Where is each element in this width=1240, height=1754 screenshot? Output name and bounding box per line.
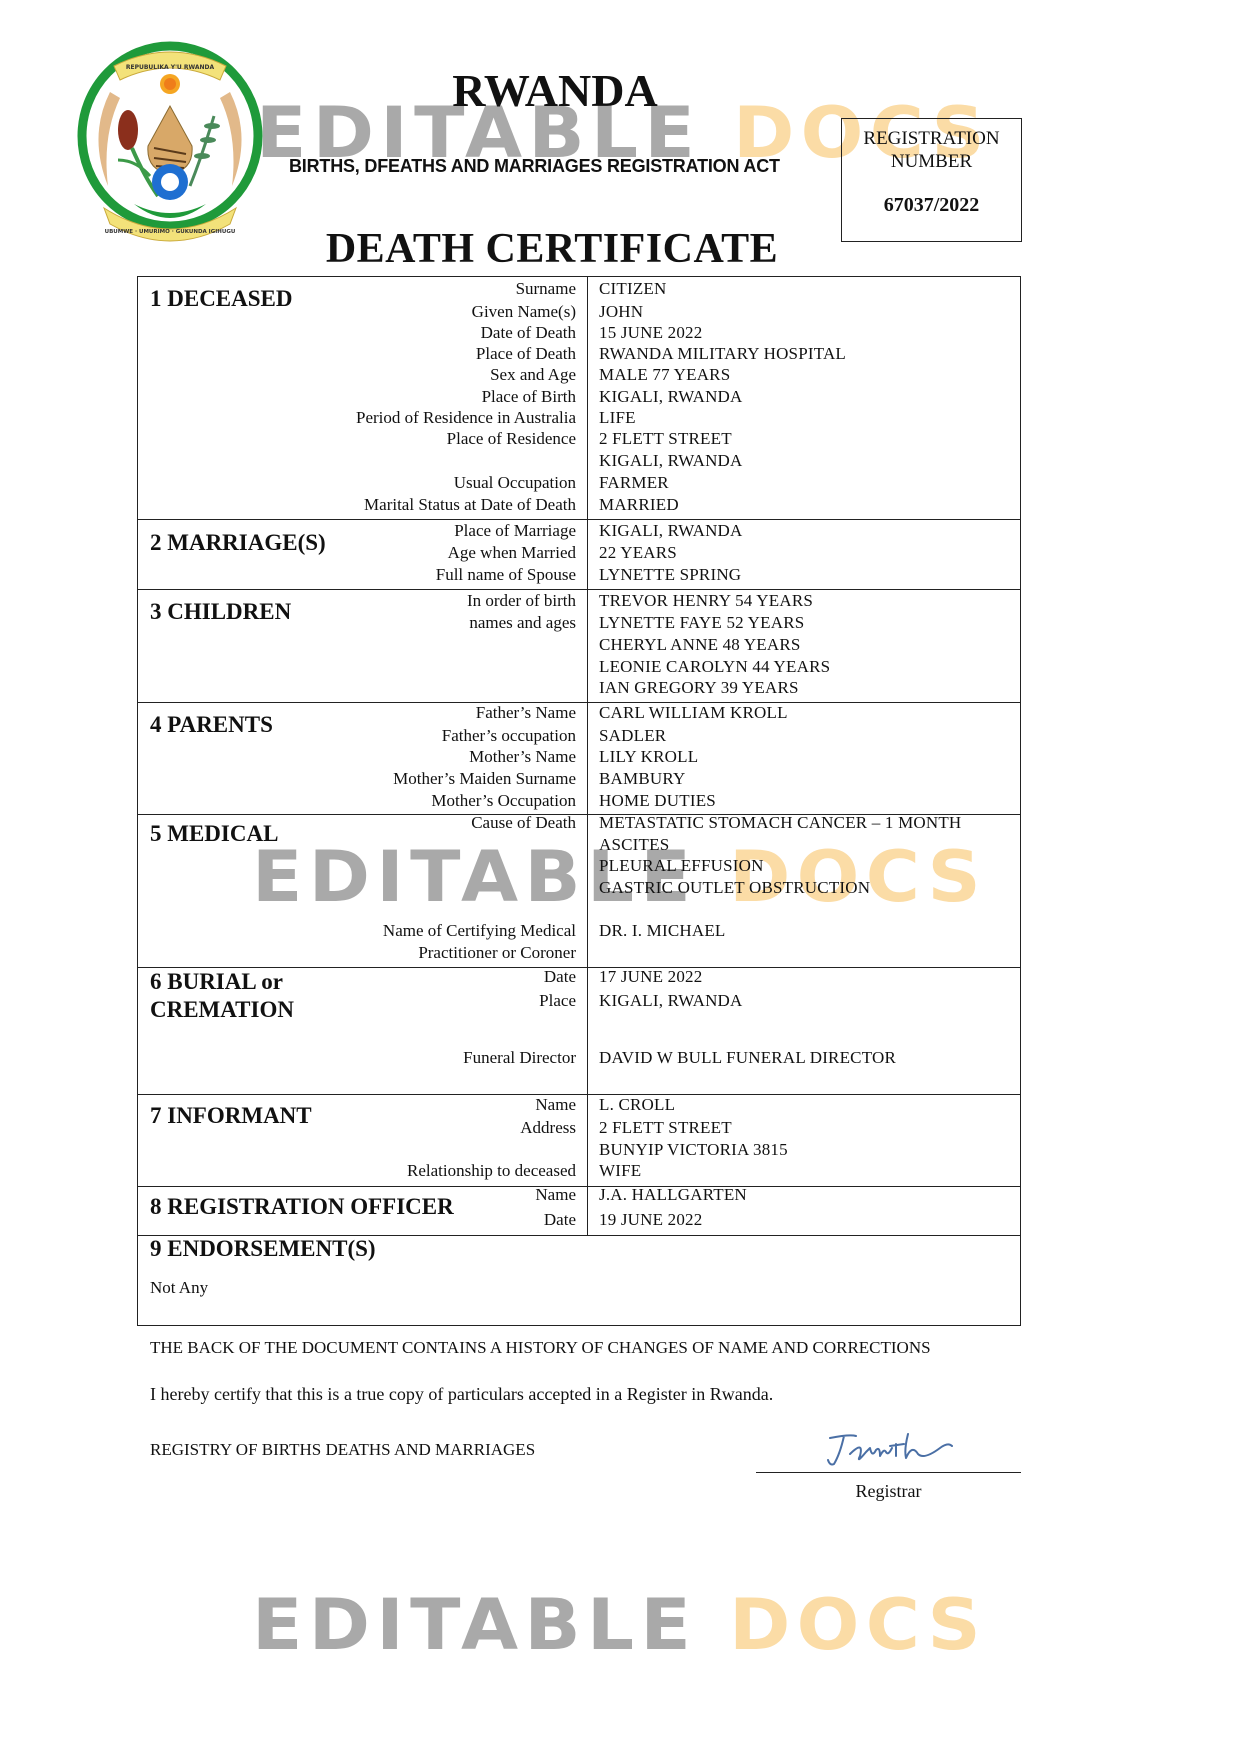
section-heading: CREMATION xyxy=(150,997,294,1023)
field-value: JOHN xyxy=(599,302,643,322)
field-label: Period of Residence in Australia xyxy=(356,408,576,428)
field-value: HOME DUTIES xyxy=(599,791,716,811)
field-label: Mother’s Occupation xyxy=(431,791,576,811)
field-label: Place of Marriage xyxy=(454,521,576,541)
rwanda-coat-of-arms-icon: REPUBULIKA Y'U RWANDA UBUMWE · UMURIMO ·… xyxy=(74,36,268,246)
field-value: KIGALI, RWANDA xyxy=(599,521,743,541)
registration-number: 67037/2022 xyxy=(842,194,1021,216)
field-value: BUNYIP VICTORIA 3815 xyxy=(599,1140,788,1160)
field-label: Mother’s Name xyxy=(469,747,576,767)
section-heading: 9 ENDORSEMENT(S) xyxy=(150,1236,376,1262)
field-label: Place of Residence xyxy=(447,429,576,449)
field-label: Usual Occupation xyxy=(454,473,576,493)
field-label: Surname xyxy=(516,279,576,299)
field-value: 2 FLETT STREET xyxy=(599,429,732,449)
signature-line xyxy=(756,1472,1021,1473)
field-label: Date xyxy=(544,1210,576,1230)
section-heading: 4 PARENTS xyxy=(150,712,273,738)
certify-statement: I hereby certify that this is a true cop… xyxy=(150,1384,773,1404)
field-value: RWANDA MILITARY HOSPITAL xyxy=(599,344,846,364)
field-value: 2 FLETT STREET xyxy=(599,1118,732,1138)
field-label: Mother’s Maiden Surname xyxy=(393,769,576,789)
field-label: Address xyxy=(520,1118,576,1138)
back-notice: THE BACK OF THE DOCUMENT CONTAINS A HIST… xyxy=(150,1338,931,1358)
field-value: KIGALI, RWANDA xyxy=(599,451,743,471)
field-label: Place of Death xyxy=(476,344,576,364)
field-value: FARMER xyxy=(599,473,669,493)
field-label: Relationship to deceased xyxy=(407,1161,576,1181)
field-value: GASTRIC OUTLET OBSTRUCTION xyxy=(599,878,870,898)
field-value: 17 JUNE 2022 xyxy=(599,967,702,987)
section-heading: 3 CHILDREN xyxy=(150,599,291,625)
field-value: LEONIE CAROLYN 44 YEARS xyxy=(599,657,830,677)
section-heading: 2 MARRIAGE(S) xyxy=(150,530,326,556)
row-divider xyxy=(137,519,1021,520)
field-label: Name of Certifying Medical xyxy=(383,921,576,941)
field-value: 22 YEARS xyxy=(599,543,677,563)
field-label: In order of birth xyxy=(467,591,576,611)
field-label: Cause of Death xyxy=(471,813,576,833)
field-value: KIGALI, RWANDA xyxy=(599,387,743,407)
registration-number-box: REGISTRATION NUMBER 67037/2022 xyxy=(841,118,1022,242)
registration-label-line1: REGISTRATION xyxy=(842,128,1021,150)
field-label: Place of Birth xyxy=(482,387,576,407)
registrar-title: Registrar xyxy=(756,1481,1021,1501)
field-value: PLEURAL EFFUSION xyxy=(599,856,764,876)
field-value: LYNETTE FAYE 52 YEARS xyxy=(599,613,804,633)
section-heading: 7 INFORMANT xyxy=(150,1103,312,1129)
section-heading: 5 MEDICAL xyxy=(150,821,278,847)
field-value: L. CROLL xyxy=(599,1095,675,1115)
field-value: MALE 77 YEARS xyxy=(599,365,730,385)
field-label: Place xyxy=(539,991,576,1011)
field-label: Name xyxy=(535,1095,576,1115)
field-value: IAN GREGORY 39 YEARS xyxy=(599,678,799,698)
certificate-table xyxy=(137,276,1021,1326)
field-value: MARRIED xyxy=(599,495,679,515)
field-label: Age when Married xyxy=(448,543,576,563)
field-value: DR. I. MICHAEL xyxy=(599,921,726,941)
row-divider xyxy=(137,702,1021,703)
field-value: TREVOR HENRY 54 YEARS xyxy=(599,591,813,611)
field-value: 19 JUNE 2022 xyxy=(599,1210,702,1230)
field-label: Father’s occupation xyxy=(442,726,576,746)
column-divider xyxy=(587,276,588,1235)
field-value: SADLER xyxy=(599,726,666,746)
registry-name: REGISTRY OF BIRTHS DEATHS AND MARRIAGES xyxy=(150,1440,535,1460)
field-label: Father’s Name xyxy=(476,703,576,723)
field-label: Name xyxy=(535,1185,576,1205)
section-heading: 8 REGISTRATION OFFICER xyxy=(150,1194,454,1220)
field-label: Sex and Age xyxy=(490,365,576,385)
endorsement-text: Not Any xyxy=(150,1278,208,1298)
row-divider xyxy=(137,967,1021,968)
certificate-page: REPUBULIKA Y'U RWANDA UBUMWE · UMURIMO ·… xyxy=(0,0,1240,1754)
row-divider xyxy=(137,1094,1021,1095)
section-heading: 1 DECEASED xyxy=(150,286,293,312)
field-value: CARL WILLIAM KROLL xyxy=(599,703,788,723)
registrar-signature xyxy=(820,1430,960,1470)
field-label: Funeral Director xyxy=(463,1048,576,1068)
field-value: LYNETTE SPRING xyxy=(599,565,741,585)
field-label: names and ages xyxy=(469,613,576,633)
svg-text:UBUMWE · UMURIMO · GUKUNDA IGI: UBUMWE · UMURIMO · GUKUNDA IGIHUGU xyxy=(105,229,236,235)
field-value: 15 JUNE 2022 xyxy=(599,323,702,343)
field-value: BAMBURY xyxy=(599,769,685,789)
field-label: Marital Status at Date of Death xyxy=(364,495,576,515)
field-value: J.A. HALLGARTEN xyxy=(599,1185,747,1205)
field-label: Given Name(s) xyxy=(472,302,576,322)
field-label: Practitioner or Coroner xyxy=(418,943,576,963)
row-divider xyxy=(137,1186,1021,1187)
section-heading: 6 BURIAL or xyxy=(150,969,283,995)
field-value: KIGALI, RWANDA xyxy=(599,991,743,1011)
field-value: LILY KROLL xyxy=(599,747,698,767)
field-value: CHERYL ANNE 48 YEARS xyxy=(599,635,801,655)
field-label: Date of Death xyxy=(481,323,576,343)
field-value: LIFE xyxy=(599,408,636,428)
svg-text:REPUBULIKA Y'U RWANDA: REPUBULIKA Y'U RWANDA xyxy=(126,64,215,71)
field-value: DAVID W BULL FUNERAL DIRECTOR xyxy=(599,1048,896,1068)
field-label: Date xyxy=(544,967,576,987)
registration-label-line2: NUMBER xyxy=(842,151,1021,173)
field-value: METASTATIC STOMACH CANCER – 1 MONTH xyxy=(599,813,961,833)
row-divider xyxy=(137,589,1021,590)
field-value: CITIZEN xyxy=(599,279,667,299)
field-value: WIFE xyxy=(599,1161,641,1181)
field-label: Full name of Spouse xyxy=(436,565,576,585)
act-subtitle: BIRTHS, DFEATHS AND MARRIAGES REGISTRATI… xyxy=(289,156,780,177)
field-value: ASCITES xyxy=(599,835,669,855)
